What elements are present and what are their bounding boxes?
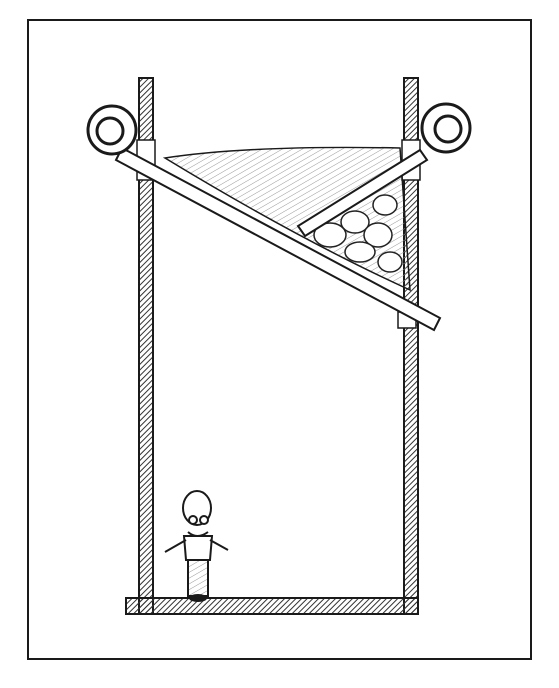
sketch-illustration — [0, 0, 559, 688]
rubble-load — [165, 147, 410, 290]
man-figure — [165, 491, 228, 601]
